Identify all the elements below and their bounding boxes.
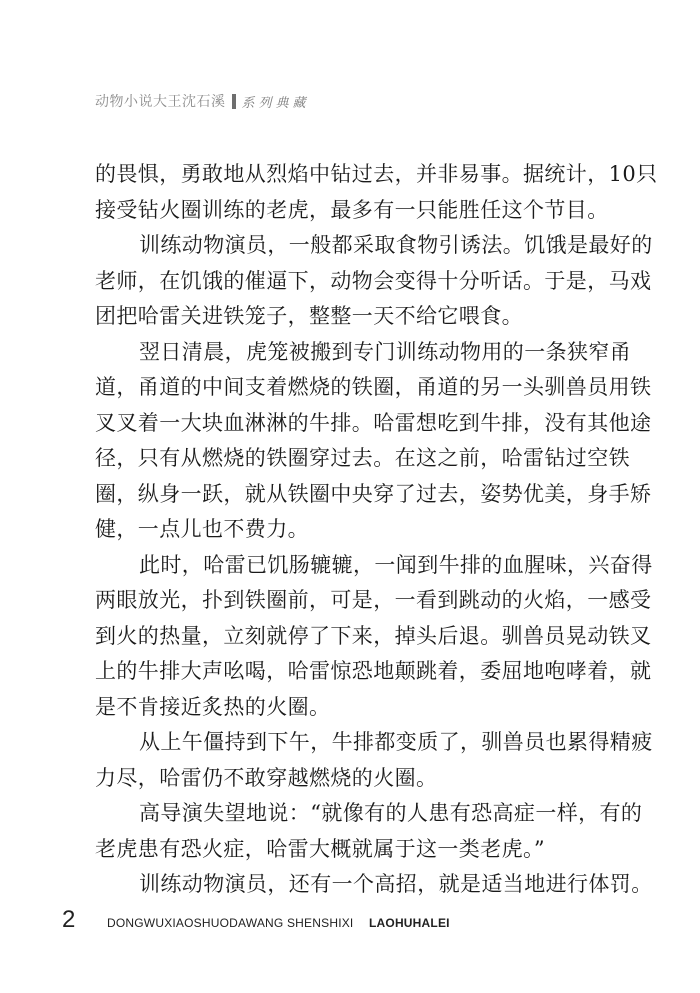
footer-title: DONGWUXIAOSHUODAWANG SHENSHIXI LAOHUHALE… <box>107 916 450 930</box>
text-line: 训练动物演员，一般都采取食物引诱法。饥饿是最好的 <box>95 228 627 264</box>
book-series-title: 动物小说大王沈石溪 <box>95 91 226 111</box>
text-line: 两眼放光，扑到铁圈前，可是，一看到跳动的火焰，一感受 <box>95 583 627 619</box>
text-line: 此时，哈雷已饥肠辘辘，一闻到牛排的血腥味，兴奋得 <box>95 548 627 584</box>
text-line: 团把哈雷关进铁笼子，整整一天不给它喂食。 <box>95 299 627 335</box>
text-line: 是不肯接近炙热的火圈。 <box>95 690 627 726</box>
text-line: 从上午僵持到下午，牛排都变质了，驯兽员也累得精疲 <box>95 725 627 761</box>
text-line: 训练动物演员，还有一个高招，就是适当地进行体罚。 <box>95 867 627 903</box>
running-header: 动物小说大王沈石溪 系列典藏 <box>95 90 310 112</box>
text-line: 高导演失望地说：“就像有的人患有恐高症一样，有的 <box>95 796 627 832</box>
header-divider-bar <box>232 94 236 109</box>
body-text: 的畏惧，勇敢地从烈焰中钻过去，并非易事。据统计，10只 接受钻火圈训练的老虎，最… <box>95 157 627 903</box>
text-line: 力尽，哈雷仍不敢穿越燃烧的火圈。 <box>95 761 627 797</box>
page-number: 2 <box>62 906 107 934</box>
text-line: 健，一点儿也不费力。 <box>95 512 627 548</box>
text-line: 道，甬道的中间支着燃烧的铁圈，甬道的另一头驯兽员用铁 <box>95 370 627 406</box>
series-label: 系列典藏 <box>242 92 310 111</box>
page-footer: 2 DONGWUXIAOSHUODAWANG SHENSHIXI LAOHUHA… <box>62 906 450 934</box>
text-line: 接受钻火圈训练的老虎，最多有一只能胜任这个节目。 <box>95 193 627 229</box>
text-line: 翌日清晨，虎笼被搬到专门训练动物用的一条狭窄甬 <box>95 335 627 371</box>
text-line: 径，只有从燃烧的铁圈穿过去。在这之前，哈雷钻过空铁 <box>95 441 627 477</box>
text-line: 叉叉着一大块血淋淋的牛排。哈雷想吃到牛排，没有其他途 <box>95 406 627 442</box>
text-line: 圈，纵身一跃，就从铁圈中央穿了过去，姿势优美，身手矫 <box>95 477 627 513</box>
series-pinyin: DONGWUXIAOSHUODAWANG SHENSHIXI <box>107 916 353 930</box>
text-line: 到火的热量，立刻就停了下来，掉头后退。驯兽员晃动铁叉 <box>95 619 627 655</box>
text-line: 上的牛排大声吆喝，哈雷惊恐地颠跳着，委屈地咆哮着，就 <box>95 654 627 690</box>
text-line: 老师，在饥饿的催逼下，动物会变得十分听话。于是，马戏 <box>95 264 627 300</box>
book-pinyin: LAOHUHALEI <box>369 916 450 930</box>
text-line: 老虎患有恐火症，哈雷大概就属于这一类老虎。” <box>95 832 627 868</box>
text-line: 的畏惧，勇敢地从烈焰中钻过去，并非易事。据统计，10只 <box>95 157 627 193</box>
